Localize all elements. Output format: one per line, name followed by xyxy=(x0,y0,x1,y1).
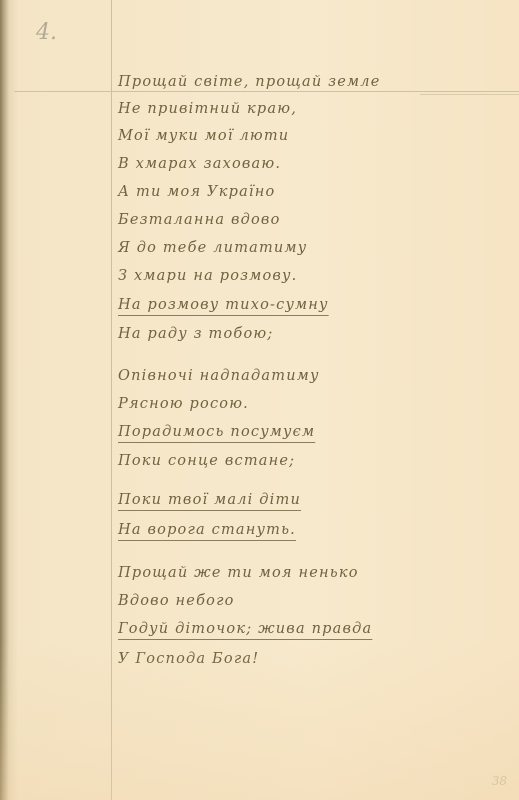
header-rule-secondary xyxy=(420,94,519,95)
poem-line-2: Не привітний краю, xyxy=(118,101,297,117)
page-number: 38 xyxy=(492,774,507,788)
poem-line-18: Вдово небого xyxy=(118,593,235,609)
poem-line-6: Безталанна вдово xyxy=(118,212,281,228)
margin-rule xyxy=(111,0,112,800)
poem-line-7: Я до тебе литатиму xyxy=(118,240,307,256)
folio-mark: 4. xyxy=(36,20,57,45)
poem-line-17: Прощай же ти моя ненько xyxy=(118,565,359,581)
poem-line-10: На раду з тобою; xyxy=(118,326,273,342)
poem-line-13: Порадимось посумуєм xyxy=(118,424,315,440)
poem-line-15: Поки твої малі діти xyxy=(118,492,301,508)
header-rule xyxy=(14,91,519,92)
poem-line-4: В хмарах заховаю. xyxy=(118,156,281,172)
poem-line-1: Прощай світе, прощай земле xyxy=(118,74,381,90)
poem-line-5: А ти моя Україно xyxy=(118,184,275,200)
poem-line-14: Поки сонце встане; xyxy=(118,453,295,469)
poem-line-11: Опівночі надпадатиму xyxy=(118,368,320,384)
poem-line-8: З хмари на розмову. xyxy=(118,268,297,284)
poem-line-9: На розмову тихо-сумну xyxy=(118,297,329,313)
poem-line-16: На ворога стануть. xyxy=(118,522,296,538)
poem-line-19: Годуй діточок; жива правда xyxy=(118,621,372,637)
poem-line-12: Рясною росою. xyxy=(118,396,249,412)
poem-line-20: У Господа Бога! xyxy=(118,651,259,667)
manuscript-page: 4. Прощай світе, прощай земле Не привітн… xyxy=(0,0,519,800)
poem-line-3: Мої муки мої люти xyxy=(118,128,289,144)
